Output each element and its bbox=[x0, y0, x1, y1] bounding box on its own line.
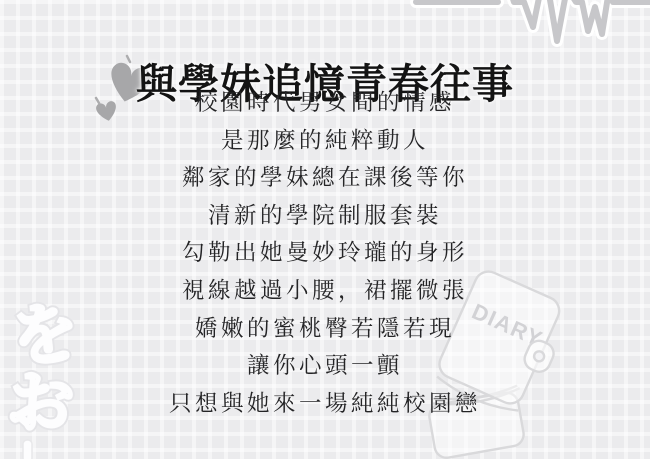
poem-line: 嬌嫩的蜜桃臀若隱若現 bbox=[0, 310, 650, 348]
poem-line: 是那麼的純粹動人 bbox=[0, 122, 650, 160]
poem-line: 只想與她來一場純純校園戀 bbox=[0, 385, 650, 423]
poem-block: 校園時代男女間的情感 是那麼的純粹動人 鄰家的學妹總在課後等你 清新的學院制服套… bbox=[0, 84, 650, 422]
poem-line: 鄰家的學妹總在課後等你 bbox=[0, 159, 650, 197]
content-column: 與學妹追憶青春往事 校園時代男女間的情感 是那麼的純粹動人 鄰家的學妹總在課後等… bbox=[0, 0, 650, 459]
page-background: DIARY を を お お bbox=[0, 0, 650, 459]
poem-line: 視線越過小腰，裙擺微張 bbox=[0, 272, 650, 310]
poem-line: 讓你心頭一顫 bbox=[0, 347, 650, 385]
poem-line: 校園時代男女間的情感 bbox=[0, 84, 650, 122]
poem-line: 勾勒出她曼妙玲瓏的身形 bbox=[0, 234, 650, 272]
poem-line: 清新的學院制服套裝 bbox=[0, 197, 650, 235]
